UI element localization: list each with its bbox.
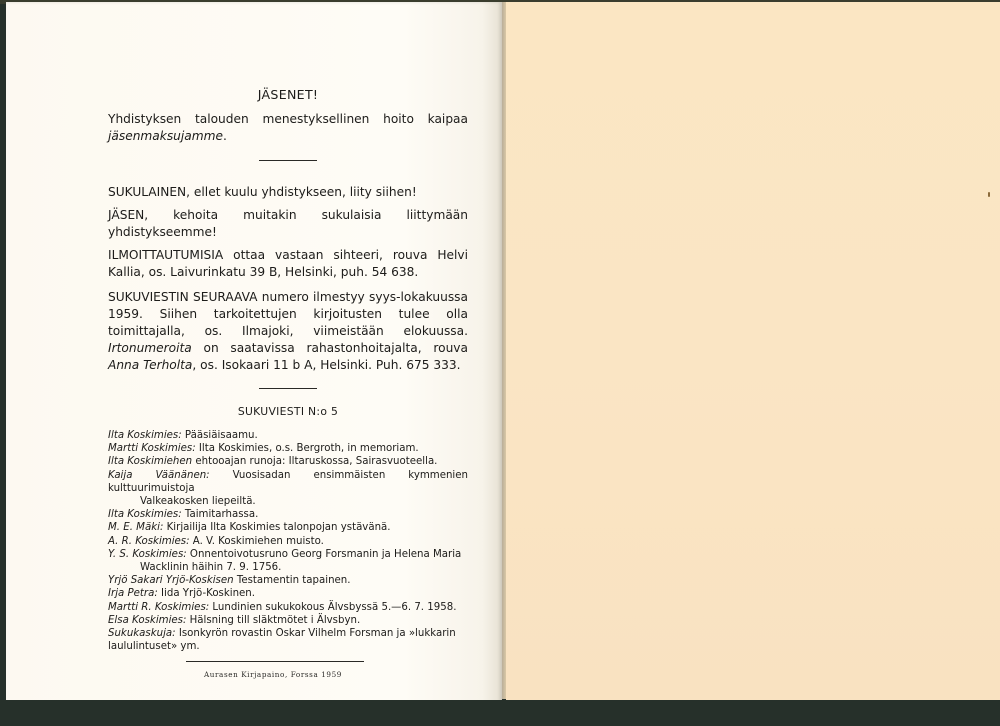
printer-imprint: Aurasen Kirjapaino, Forssa 1959: [204, 666, 468, 683]
toc-entry: Kaija Väänänen: Vuosisadan ensimmäisten …: [108, 469, 468, 495]
toc-entry: A. R. Koskimies: A. V. Koskimiehen muist…: [108, 535, 468, 548]
toc-entry: Ilta Koskimies: Pääsiäisaamu.: [108, 429, 468, 442]
membership-fee-note: Yhdistyksen talouden menestyksellinen ho…: [108, 111, 468, 145]
toc-entry-continuation: Valkeakosken liepeiltä.: [108, 495, 468, 508]
relatives-call: SUKULAINEN, ellet kuulu yhdistykseen, li…: [108, 184, 468, 201]
members-call: JÄSEN, kehoita muitakin sukulaisia liitt…: [108, 207, 468, 241]
members-heading: JÄSENET!: [108, 86, 468, 103]
contents-title: SUKUVIESTI N:o 5: [108, 403, 468, 420]
toc-entry-continuation: Wacklinin häihin 7. 9. 1756.: [108, 561, 468, 574]
right-page-blank: [506, 2, 1000, 700]
toc-entry: Yrjö Sakari Yrjö-Koskisen Testamentin ta…: [108, 574, 468, 587]
toc-entry: Ilta Koskimiehen ehtooajan runoja: Iltar…: [108, 455, 468, 468]
registration-info: ILMOITTAUTUMISIA ottaa vastaan sihteeri,…: [108, 247, 468, 281]
left-page-content: JÄSENET! Yhdistyksen talouden menestykse…: [108, 86, 468, 683]
toc-entry-continuation: laululintuset» ym.: [108, 640, 468, 653]
scan-edge-bottom: [0, 700, 1000, 726]
toc-entry: Sukukaskuja: Isonkyrön rovastin Oskar Vi…: [108, 627, 468, 640]
divider-rule: [259, 160, 317, 161]
toc-entry: Ilta Koskimies: Taimitarhassa.: [108, 508, 468, 521]
next-issue-info: SUKUVIESTIN SEURAAVA numero ilmestyy syy…: [108, 289, 468, 374]
toc-entry: Martti R. Koskimies: Lundinien sukukokou…: [108, 601, 468, 614]
toc-entry: Y. S. Koskimies: Onnentoivotusruno Georg…: [108, 548, 468, 561]
paper-speck: [988, 192, 990, 197]
table-of-contents: Ilta Koskimies: Pääsiäisaamu. Martti Kos…: [108, 429, 468, 653]
divider-rule: [259, 388, 317, 389]
toc-entry: Martti Koskimies: Ilta Koskimies, o.s. B…: [108, 442, 468, 455]
toc-entry: Irja Petra: Iida Yrjö-Koskinen.: [108, 587, 468, 600]
toc-entry: M. E. Mäki: Kirjailija Ilta Koskimies ta…: [108, 521, 468, 534]
membership-fee-emphasis: jäsenmaksujamme: [108, 129, 223, 143]
toc-entry: Elsa Koskimies: Hälsning till släktmötet…: [108, 614, 468, 627]
footer-rule: [186, 661, 364, 662]
